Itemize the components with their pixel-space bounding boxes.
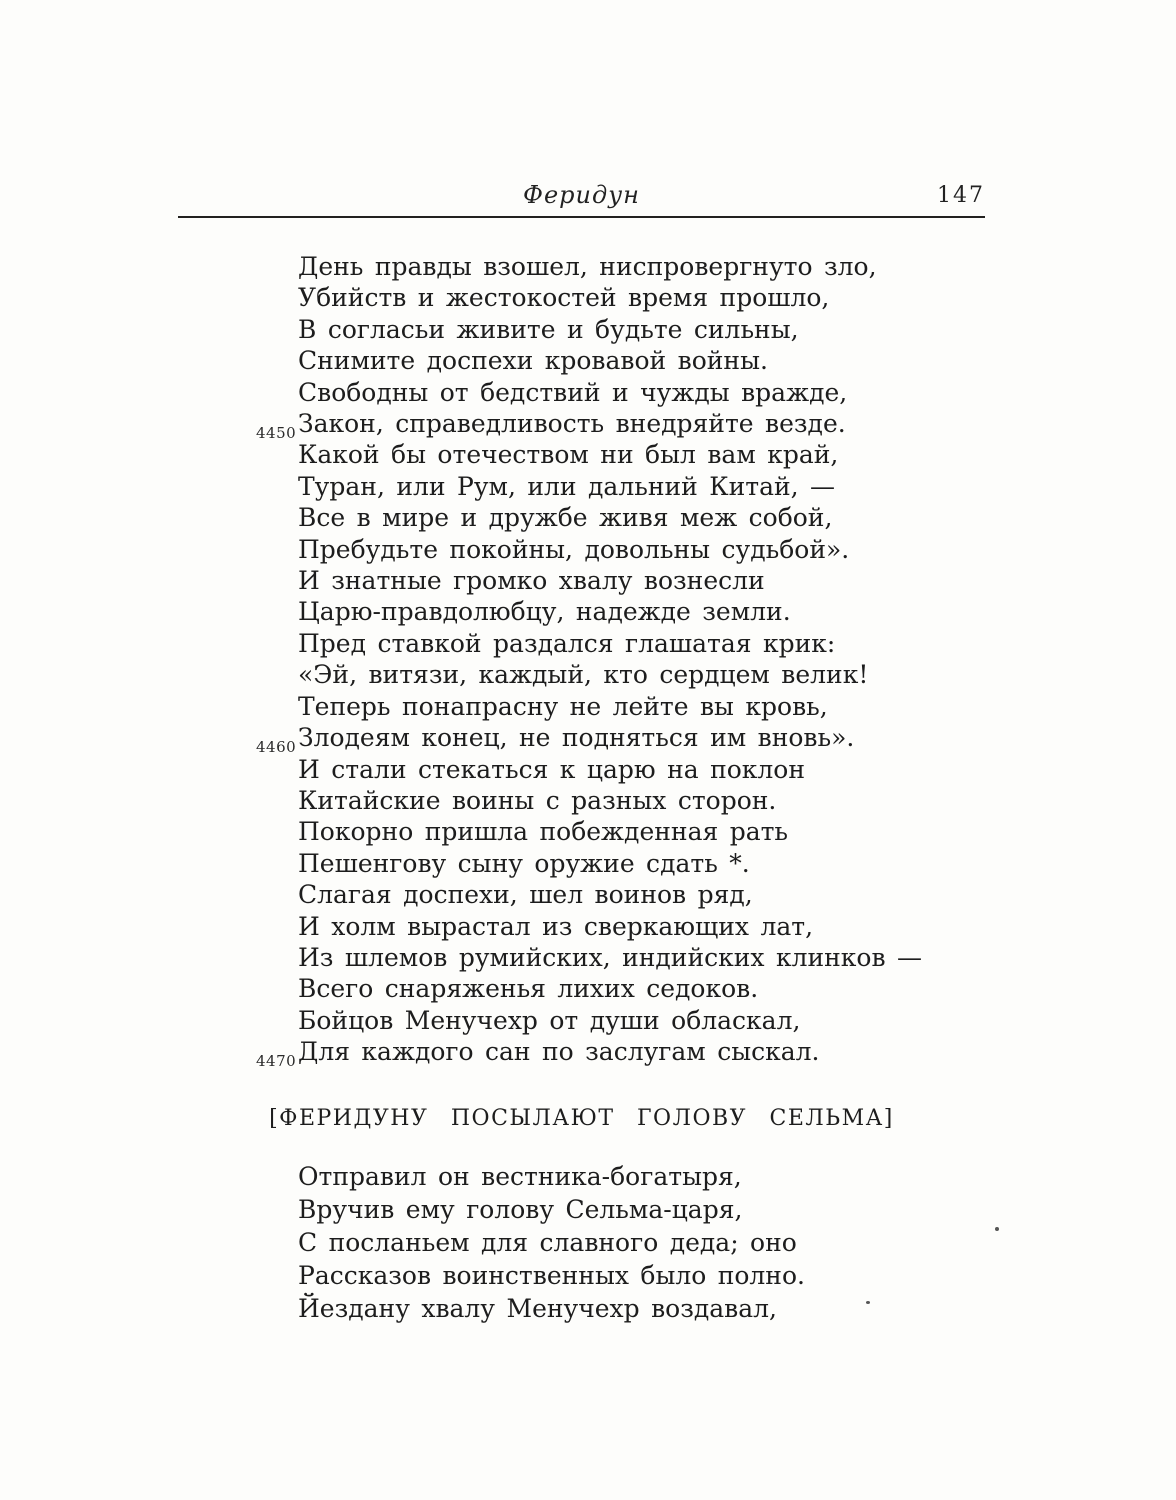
poem-line: И знатные громко хвалу вознесли	[178, 565, 985, 596]
poem-line: Отправил он вестника-богатыря,	[178, 1160, 985, 1193]
page-header: Феридун 147	[178, 181, 985, 213]
poem-line: В согласьи живите и будьте сильны,	[178, 314, 985, 345]
poem-line: Рассказов воинственных было полно.	[178, 1259, 985, 1292]
verse-text: В согласьи живите и будьте сильны,	[298, 315, 799, 344]
verse-text: Злодеям конец, не подняться им вновь».	[298, 723, 854, 752]
book-page: Феридун 147 День правды взошел, ниспрове…	[0, 0, 1176, 1500]
poem-stanza-1: День правды взошел, ниспровергнуто зло,У…	[178, 251, 985, 1068]
poem-line: 4460Злодеям конец, не подняться им вновь…	[178, 722, 985, 753]
verse-text: Свободны от бедствий и чужды вражде,	[298, 378, 847, 407]
poem-line: Пребудьте покойны, довольны судьбой».	[178, 534, 985, 565]
verse-text: Пред ставкой раздался глашатая крик:	[298, 629, 835, 658]
verse-text: Снимите доспехи кровавой войны.	[298, 346, 768, 375]
verse-text: И знатные громко хвалу вознесли	[298, 566, 765, 595]
poem-line: Убийств и жестокостей время прошло,	[178, 282, 985, 313]
poem-line: Теперь понапрасну не лейте вы кровь,	[178, 691, 985, 722]
poem-line: День правды взошел, ниспровергнуто зло,	[178, 251, 985, 282]
verse-text: Теперь понапрасну не лейте вы кровь,	[298, 692, 828, 721]
poem-line: «Эй, витязи, каждый, кто сердцем велик!	[178, 659, 985, 690]
verse-text: Все в мире и дружбе живя меж собой,	[298, 503, 832, 532]
poem-line: Вручив ему голову Сельма-царя,	[178, 1193, 985, 1226]
section-heading: [ФЕРИДУНУ ПОСЫЛАЮТ ГОЛОВУ СЕЛЬМА]	[178, 1106, 985, 1131]
page-number: 147	[937, 183, 985, 208]
poem-line: Покорно пришла побежденная рать	[178, 816, 985, 847]
verse-text: Бойцов Менучехр от души обласкал,	[298, 1006, 800, 1035]
poem-stanza-2: Отправил он вестника-богатыря,Вручив ему…	[178, 1160, 985, 1325]
verse-text: Туран, или Рум, или дальний Китай, —	[298, 472, 835, 501]
poem-line: 4470Для каждого сан по заслугам сыскал.	[178, 1036, 985, 1067]
poem-line: Из шлемов румийских, индийских клинков —	[178, 942, 985, 973]
verse-text: Китайские воины с разных сторон.	[298, 786, 776, 815]
poem-line: Все в мире и дружбе живя меж собой,	[178, 502, 985, 533]
poem-line: Китайские воины с разных сторон.	[178, 785, 985, 816]
verse-text: Пребудьте покойны, довольны судьбой».	[298, 535, 849, 564]
verse-text: Покорно пришла побежденная рать	[298, 817, 788, 846]
verse-text: Слагая доспехи, шел воинов ряд,	[298, 880, 753, 909]
verse-text: Йездану хвалу Менучехр воздавал,	[298, 1294, 777, 1323]
verse-text: И холм вырастал из сверкающих лат,	[298, 912, 813, 941]
verse-text: Какой бы отечеством ни был вам край,	[298, 440, 838, 469]
poem-line: Туран, или Рум, или дальний Китай, —	[178, 471, 985, 502]
verse-text: Пешенгову сыну оружие сдать *.	[298, 849, 750, 878]
poem-line: Бойцов Менучехр от души обласкал,	[178, 1005, 985, 1036]
verse-text: Царю-правдолюбцу, надежде земли.	[298, 597, 791, 626]
poem-line: Слагая доспехи, шел воинов ряд,	[178, 879, 985, 910]
verse-text: И стали стекаться к царю на поклон	[298, 755, 805, 784]
poem-line: Царю-правдолюбцу, надежде земли.	[178, 596, 985, 627]
verse-text: Из шлемов румийских, индийских клинков —	[298, 943, 922, 972]
poem-line: Всего снаряженья лихих седоков.	[178, 973, 985, 1004]
verse-text: Для каждого сан по заслугам сыскал.	[298, 1037, 819, 1066]
poem-line: И стали стекаться к царю на поклон	[178, 754, 985, 785]
scan-speck	[995, 1227, 999, 1231]
verse-line-number: 4470	[256, 1046, 296, 1077]
verse-text: Закон, справедливость внедряйте везде.	[298, 409, 846, 438]
poem-line: Йездану хвалу Менучехр воздавал,	[178, 1292, 985, 1325]
poem-line: Пред ставкой раздался глашатая крик:	[178, 628, 985, 659]
poem-line: Свободны от бедствий и чужды вражде,	[178, 377, 985, 408]
poem-line: Какой бы отечеством ни был вам край,	[178, 439, 985, 470]
verse-text: День правды взошел, ниспровергнуто зло,	[298, 252, 877, 281]
verse-text: С посланьем для славного деда; оно	[298, 1228, 797, 1257]
verse-text: «Эй, витязи, каждый, кто сердцем велик!	[298, 660, 868, 689]
poem-line: И холм вырастал из сверкающих лат,	[178, 911, 985, 942]
header-rule	[178, 216, 985, 218]
poem-line: Снимите доспехи кровавой войны.	[178, 345, 985, 376]
verse-text: Вручив ему голову Сельма-царя,	[298, 1195, 742, 1224]
poem-line: С посланьем для славного деда; оно	[178, 1226, 985, 1259]
running-title: Феридун	[178, 181, 985, 209]
poem-line: Пешенгову сыну оружие сдать *.	[178, 848, 985, 879]
verse-text: Рассказов воинственных было полно.	[298, 1261, 805, 1290]
verse-text: Убийств и жестокостей время прошло,	[298, 283, 829, 312]
verse-text: Отправил он вестника-богатыря,	[298, 1162, 742, 1191]
scan-speck	[866, 1301, 870, 1304]
verse-text: Всего снаряженья лихих седоков.	[298, 974, 758, 1003]
poem-line: 4450Закон, справедливость внедряйте везд…	[178, 408, 985, 439]
